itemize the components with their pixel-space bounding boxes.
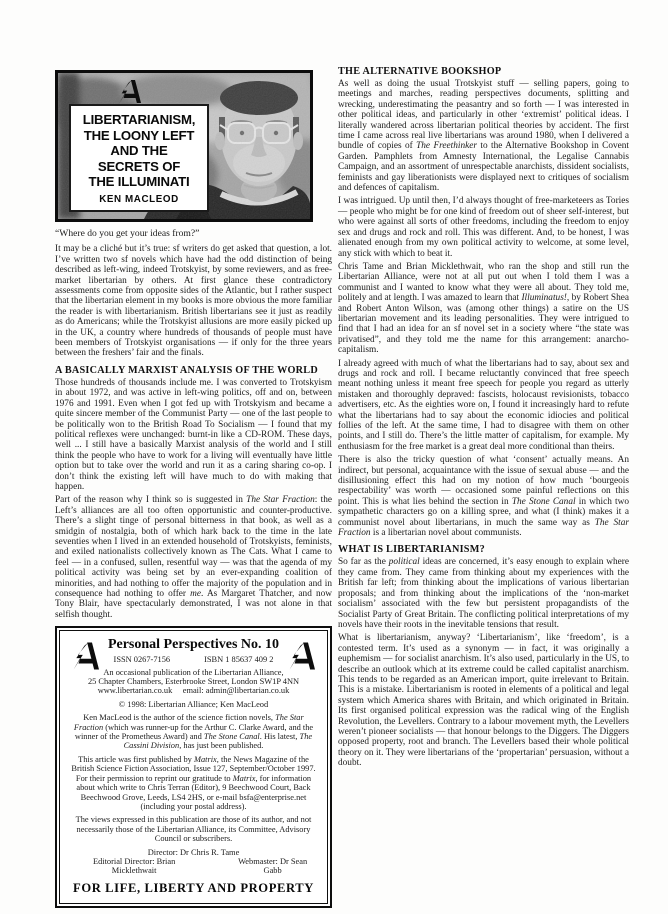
webmaster: Webmaster: Dr Sean Gabb [228,857,317,876]
author-bio-note: Ken MacLeod is the author of the science… [70,713,317,751]
copyright-line: © 1998: Libertarian Alliance; Ken MacLeo… [70,700,317,709]
article-title-line: THE ILLUMINATI [73,174,205,190]
article-title-box: LIBERTARIANISM, THE LOONY LEFT AND THE S… [69,104,209,212]
section-heading-alternative-bookshop: THE ALTERNATIVE BOOKSHOP [338,66,629,77]
article-paragraph: I already agreed with much of what the l… [338,359,629,453]
article-title-line: LIBERTARIANISM, [73,112,205,128]
left-column: LIBERTARIANISM, THE LOONY LEFT AND THE S… [55,70,332,908]
scanned-pamphlet-page: LIBERTARIANISM, THE LOONY LEFT AND THE S… [0,0,668,914]
article-byline: KEN MACLEOD [73,194,205,205]
right-column: THE ALTERNATIVE BOOKSHOP As well as doin… [338,66,629,772]
libertarian-alliance-logo-icon [72,640,99,672]
publisher-contacts: www.libertarian.co.uk email: admin@liber… [70,686,317,695]
section-heading-what-is-libertarianism: WHAT IS LIBERTARIANISM? [338,544,629,555]
disclaimer-note: The views expressed in this publication … [70,815,317,843]
isbn-number: ISBN 1 85637 409 2 [204,655,273,664]
libertarian-alliance-logo-icon [118,78,141,105]
publisher-line: An occasional publication of the Liberta… [70,668,317,677]
publication-info-box: Personal Perspectives No. 10 ISSN 0267-7… [55,626,332,908]
article-title-line: THE LOONY LEFT [73,128,205,144]
editorial-director: Editorial Director: Brian Micklethwait [70,857,198,876]
header-photo-figure: LIBERTARIANISM, THE LOONY LEFT AND THE S… [55,70,313,222]
publication-info-inner: Personal Perspectives No. 10 ISSN 0267-7… [59,630,328,904]
article-paragraph: It may be a cliché but it’s true: sf wri… [55,244,332,358]
publisher-website: www.libertarian.co.uk [98,686,173,695]
article-paragraph: Chris Tame and Brian Micklethwait, who r… [338,262,629,356]
publisher-email: email: admin@libertarian.co.uk [183,686,290,695]
publisher-address: 25 Chapter Chambers, Esterbrooke Street,… [70,677,317,686]
director-line: Director: Dr Chris R. Tame [70,848,317,857]
article-paragraph: So far as the political ideas are concer… [338,557,629,630]
libertarian-alliance-logo-icon [288,640,315,672]
article-paragraph: Those hundreds of thousands include me. … [55,378,332,492]
article-paragraph: I was intrigued. Up until then, I’d alwa… [338,196,629,258]
article-paragraph: What is libertarianism, anyway? ‘Liberta… [338,633,629,768]
article-paragraph: As well as doing the usual Trotskyist st… [338,79,629,193]
article-title-line: SECRETS OF [73,159,205,175]
article-paragraph: There is also the tricky question of wha… [338,455,629,538]
issn-number: ISSN 0267-7156 [114,655,171,664]
first-publication-note: This article was first published by Matr… [70,755,317,811]
pull-quote: “Where do you get your ideas from?” [55,229,332,239]
editorial-row: Editorial Director: Brian Micklethwait W… [70,857,317,876]
section-heading-marxist-analysis: A BASICALLY MARXIST ANALYSIS OF THE WORL… [55,365,332,376]
motto-line: FOR LIFE, LIBERTY AND PROPERTY [70,881,317,895]
issn-isbn-row: ISSN 0267-7156 ISBN 1 85637 409 2 [70,655,317,664]
article-paragraph: Part of the reason why I think so is sug… [55,495,332,620]
publication-title: Personal Perspectives No. 10 [70,637,317,653]
article-title-line: AND THE [73,143,205,159]
